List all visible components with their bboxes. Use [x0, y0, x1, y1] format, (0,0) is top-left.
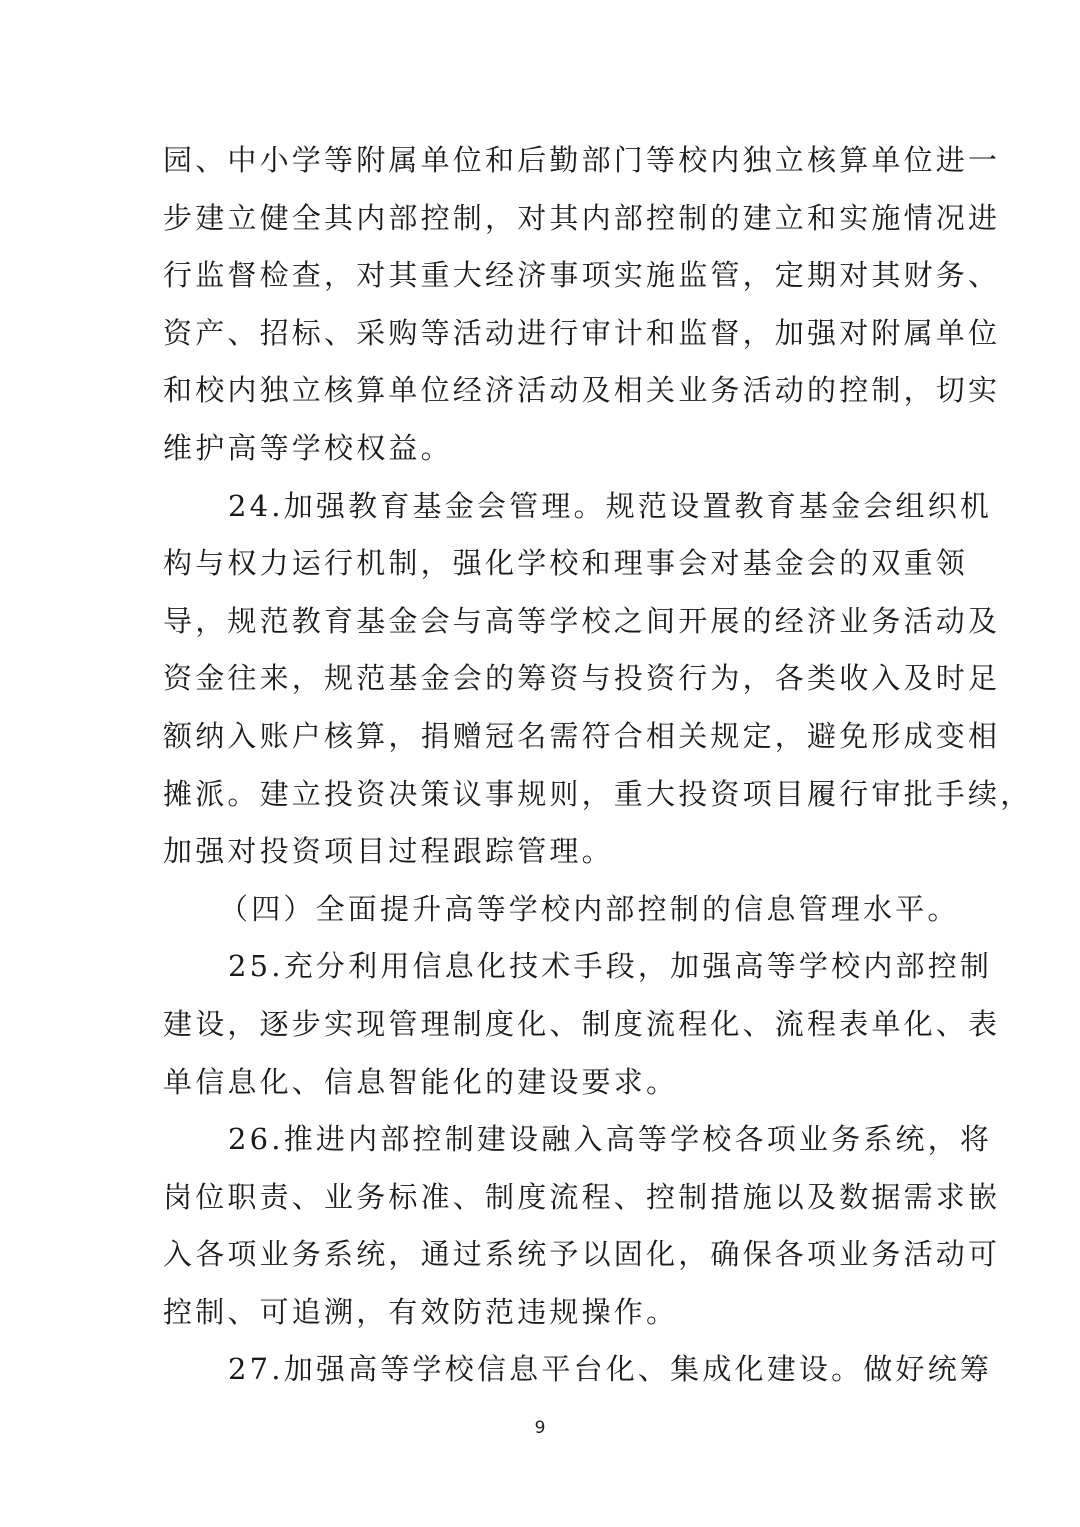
text-line: 园、中小学等附属单位和后勤部门等校内独立核算单位进一	[163, 132, 919, 190]
text-line: 入各项业务系统，通过系统予以固化，确保各项业务活动可	[163, 1226, 919, 1284]
text-line: 岗位职责、业务标准、制度流程、控制措施以及数据需求嵌	[163, 1169, 919, 1227]
text-line: 加强对投资项目过程跟踪管理。	[163, 823, 919, 881]
section-heading: （四）全面提升高等学校内部控制的信息管理水平。	[163, 881, 919, 939]
text-line: 导，规范教育基金会与高等学校之间开展的经济业务活动及	[163, 593, 919, 651]
text-line: 控制、可追溯，有效防范违规操作。	[163, 1284, 919, 1342]
page-number: 9	[0, 1418, 1080, 1438]
text-line: 单信息化、信息智能化的建设要求。	[163, 1054, 919, 1112]
text-line: 步建立健全其内部控制，对其内部控制的建立和实施情况进	[163, 190, 919, 248]
item-26-first-line: 26.推进内部控制建设融入高等学校各项业务系统，将	[163, 1111, 919, 1169]
item-27-first-line: 27.加强高等学校信息平台化、集成化建设。做好统筹	[163, 1341, 919, 1399]
text-line: 构与权力运行机制，强化学校和理事会对基金会的双重领	[163, 535, 919, 593]
text-line: 资金往来，规范基金会的筹资与投资行为，各类收入及时足	[163, 650, 919, 708]
body-text: 园、中小学等附属单位和后勤部门等校内独立核算单位进一 步建立健全其内部控制，对其…	[163, 132, 919, 1399]
text-line: 摊派。建立投资决策议事规则，重大投资项目履行审批手续，	[163, 766, 919, 824]
document-page: 园、中小学等附属单位和后勤部门等校内独立核算单位进一 步建立健全其内部控制，对其…	[0, 0, 1080, 1527]
item-25-first-line: 25.充分利用信息化技术手段，加强高等学校内部控制	[163, 938, 919, 996]
item-24-first-line: 24.加强教育基金会管理。规范设置教育基金会组织机	[163, 478, 919, 536]
text-line: 和校内独立核算单位经济活动及相关业务活动的控制，切实	[163, 362, 919, 420]
text-line: 额纳入账户核算，捐赠冠名需符合相关规定，避免形成变相	[163, 708, 919, 766]
text-line: 建设，逐步实现管理制度化、制度流程化、流程表单化、表	[163, 996, 919, 1054]
text-line: 资产、招标、采购等活动进行审计和监督，加强对附属单位	[163, 305, 919, 363]
text-line: 维护高等学校权益。	[163, 420, 919, 478]
text-line: 行监督检查，对其重大经济事项实施监管，定期对其财务、	[163, 247, 919, 305]
